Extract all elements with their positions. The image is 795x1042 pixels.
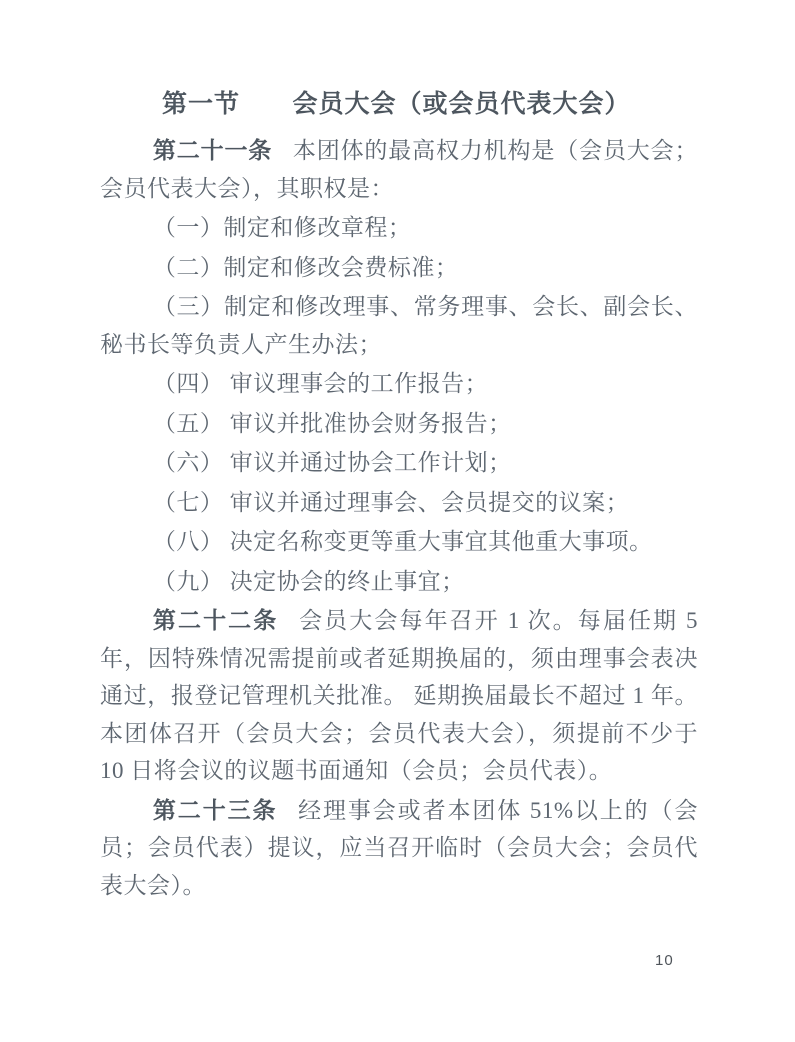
article-23-number: 第二十三条 <box>153 798 278 823</box>
article-21-number: 第二十一条 <box>153 138 272 163</box>
document-page: 第一节会员大会（或会员代表大会） 第二十一条本团体的最高权力机构是（会员大会；会… <box>0 0 795 1042</box>
article-22-text: 会员大会每年召开 1 次。每届任期 5 年，因特殊情况需提前或者延期换届的，须由… <box>100 608 698 783</box>
page-number: 10 <box>655 952 674 969</box>
section-heading: 第一节会员大会（或会员代表大会） <box>100 86 698 124</box>
section-title: 会员大会（或会员代表大会） <box>293 91 631 118</box>
list-item-7: （七） 审议并通过理事会、会员提交的议案； <box>100 484 698 522</box>
list-item-4: （四） 审议理事会的工作报告； <box>100 365 698 403</box>
list-item-1: （一）制定和修改章程； <box>100 209 698 247</box>
document-content: 第一节会员大会（或会员代表大会） 第二十一条本团体的最高权力机构是（会员大会；会… <box>0 0 795 904</box>
article-23-paragraph: 第二十三条经理事会或者本团体 51%以上的（会员；会员代表）提议，应当召开临时（… <box>100 792 698 905</box>
list-item-6: （六） 审议并通过协会工作计划； <box>100 444 698 482</box>
list-item-3: （三）制定和修改理事、常务理事、会长、副会长、秘书长等负责人产生办法； <box>100 288 698 363</box>
article-21-paragraph: 第二十一条本团体的最高权力机构是（会员大会；会员代表大会），其职权是： <box>100 132 698 207</box>
list-item-5: （五） 审议并批准协会财务报告； <box>100 405 698 443</box>
list-item-8: （八） 决定名称变更等重大事宜其他重大事项。 <box>100 523 698 561</box>
section-number: 第一节 <box>162 91 240 118</box>
article-22-paragraph: 第二十二条会员大会每年召开 1 次。每届任期 5 年，因特殊情况需提前或者延期换… <box>100 602 698 790</box>
list-item-2: （二）制定和修改会费标准； <box>100 249 698 287</box>
article-22-number: 第二十二条 <box>153 608 279 633</box>
list-item-9: （九） 决定协会的终止事宜； <box>100 563 698 601</box>
